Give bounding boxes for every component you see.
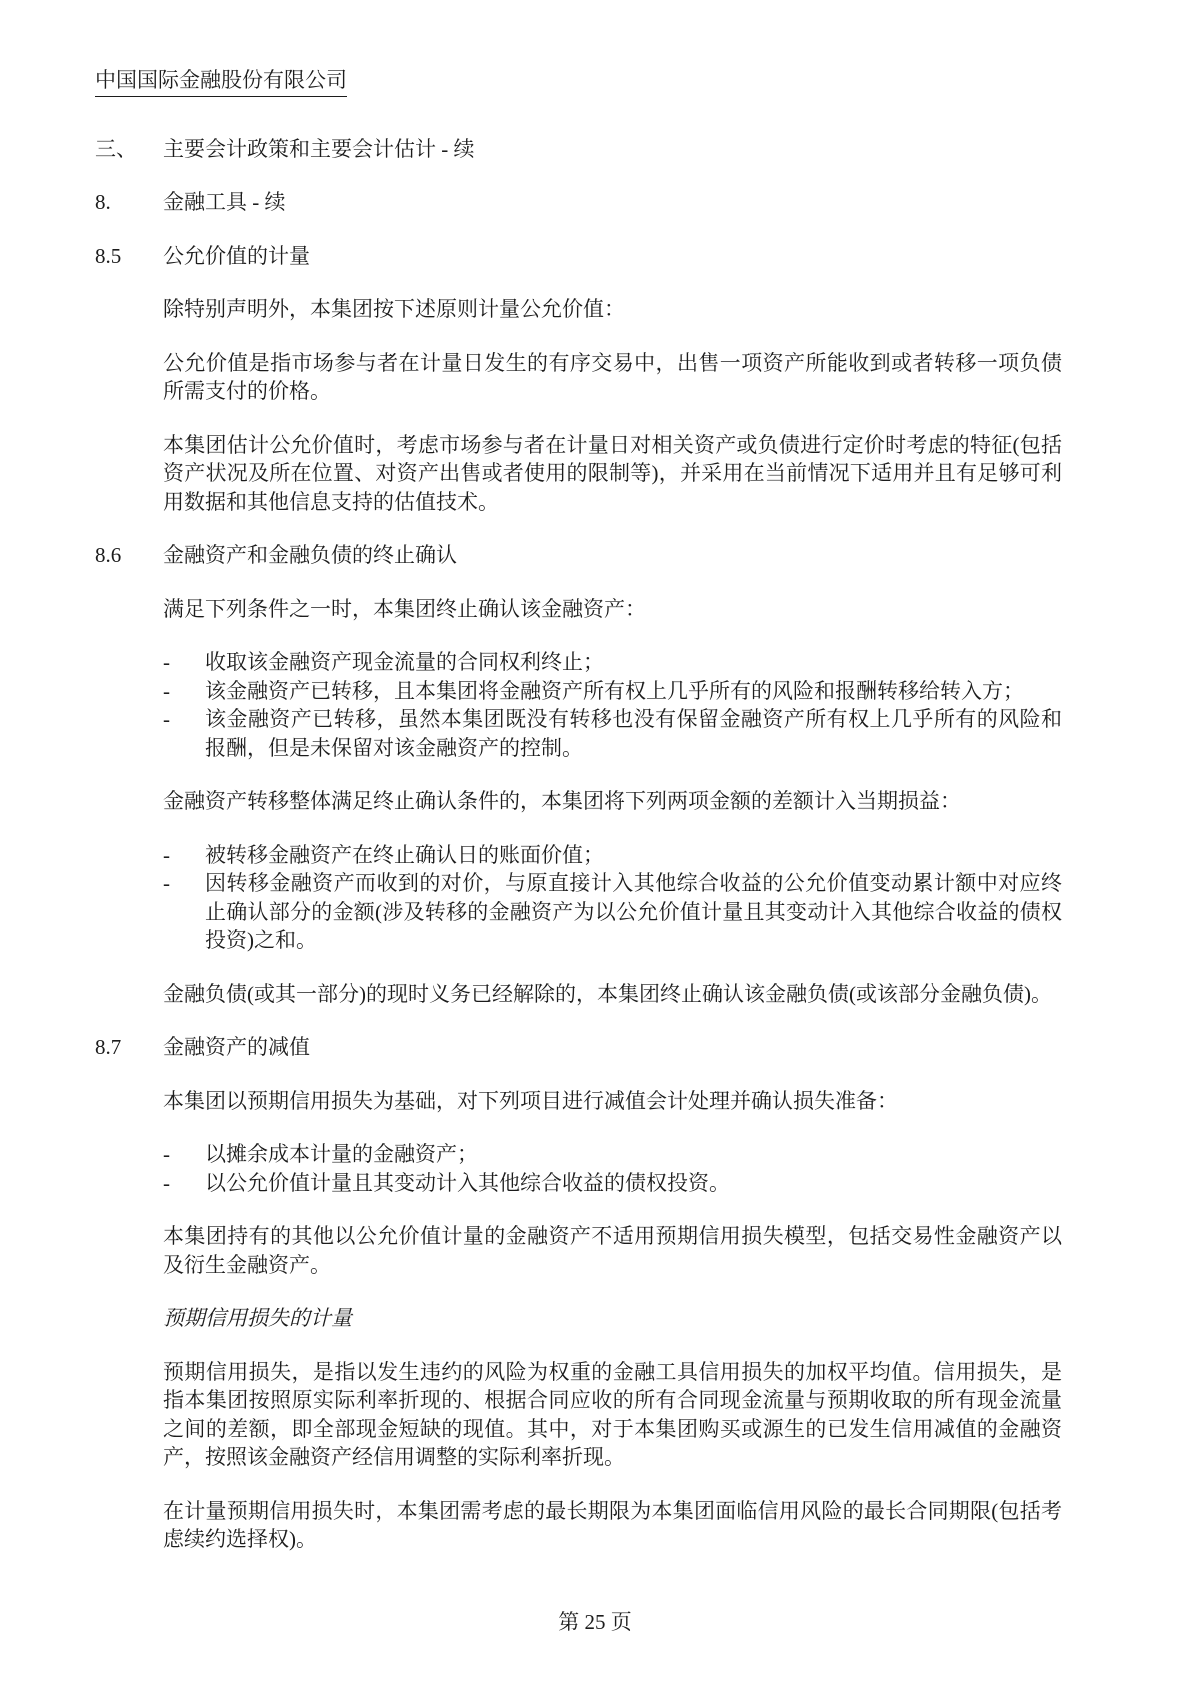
list-item: - 因转移金融资产而收到的对价，与原直接计入其他综合收益的公允价值变动累计额中对…: [163, 869, 1062, 955]
subsection-number: 8.6: [95, 541, 163, 570]
paragraph: 金融负债(或其一部分)的现时义务已经解除的，本集团终止确认该金融负债(或该部分金…: [163, 980, 1062, 1009]
bullet-marker: -: [163, 841, 205, 870]
page-number: 第 25 页: [0, 1608, 1190, 1637]
list-item-text: 被转移金融资产在终止确认日的账面价值；: [205, 841, 1062, 870]
list-item: - 收取该金融资产现金流量的合同权利终止；: [163, 648, 1062, 677]
list-item-text: 以公允价值计量且其变动计入其他综合收益的债权投资。: [205, 1169, 1062, 1198]
subsection-heading-8: 8. 金融工具 - 续: [95, 188, 1062, 217]
bullet-list: - 以摊余成本计量的金融资产； - 以公允价值计量且其变动计入其他综合收益的债权…: [163, 1140, 1062, 1197]
paragraph: 除特别声明外，本集团按下述原则计量公允价值：: [163, 295, 1062, 324]
subsection-number: 8.7: [95, 1033, 163, 1062]
subsection-number: 8.5: [95, 242, 163, 271]
company-name: 中国国际金融股份有限公司: [95, 66, 347, 97]
bullet-marker: -: [163, 869, 205, 898]
bullet-marker: -: [163, 1140, 205, 1169]
subsection-title: 公允价值的计量: [163, 242, 1062, 271]
section-number: 三、: [95, 135, 163, 164]
paragraph: 本集团以预期信用损失为基础，对下列项目进行减值会计处理并确认损失准备：: [163, 1087, 1062, 1116]
bullet-list: - 被转移金融资产在终止确认日的账面价值； - 因转移金融资产而收到的对价，与原…: [163, 841, 1062, 955]
list-item-text: 该金融资产已转移，且本集团将金融资产所有权上几乎所有的风险和报酬转移给转入方；: [205, 677, 1062, 706]
sub-heading-ecl-measurement: 预期信用损失的计量: [163, 1304, 1062, 1333]
bullet-marker: -: [163, 677, 205, 706]
subsection-number: 8.: [95, 188, 163, 217]
list-item: - 该金融资产已转移，虽然本集团既没有转移也没有保留金融资产所有权上几乎所有的风…: [163, 705, 1062, 762]
document-page: 中国国际金融股份有限公司 三、 主要会计政策和主要会计估计 - 续 8. 金融工…: [0, 0, 1190, 1684]
paragraph: 在计量预期信用损失时，本集团需考虑的最长期限为本集团面临信用风险的最长合同期限(…: [163, 1497, 1062, 1554]
bullet-list: - 收取该金融资产现金流量的合同权利终止； - 该金融资产已转移，且本集团将金融…: [163, 648, 1062, 762]
list-item: - 以摊余成本计量的金融资产；: [163, 1140, 1062, 1169]
bullet-marker: -: [163, 705, 205, 734]
subsection-title: 金融资产和金融负债的终止确认: [163, 541, 1062, 570]
company-header-line: 中国国际金融股份有限公司: [95, 66, 1062, 97]
bullet-marker: -: [163, 1169, 205, 1198]
subsection-title: 金融资产的减值: [163, 1033, 1062, 1062]
subsection-heading-8-7: 8.7 金融资产的减值: [95, 1033, 1062, 1062]
list-item: - 被转移金融资产在终止确认日的账面价值；: [163, 841, 1062, 870]
list-item-text: 因转移金融资产而收到的对价，与原直接计入其他综合收益的公允价值变动累计额中对应终…: [205, 869, 1062, 955]
section-heading-main: 三、 主要会计政策和主要会计估计 - 续: [95, 135, 1062, 164]
paragraph: 本集团估计公允价值时，考虑市场参与者在计量日对相关资产或负债进行定价时考虑的特征…: [163, 431, 1062, 517]
document-content: 中国国际金融股份有限公司 三、 主要会计政策和主要会计估计 - 续 8. 金融工…: [0, 0, 1190, 1554]
subsection-heading-8-5: 8.5 公允价值的计量: [95, 242, 1062, 271]
paragraph: 金融资产转移整体满足终止确认条件的，本集团将下列两项金额的差额计入当期损益：: [163, 787, 1062, 816]
bullet-marker: -: [163, 648, 205, 677]
subsection-title: 金融工具 - 续: [163, 188, 1062, 217]
paragraph: 本集团持有的其他以公允价值计量的金融资产不适用预期信用损失模型，包括交易性金融资…: [163, 1222, 1062, 1279]
list-item-text: 以摊余成本计量的金融资产；: [205, 1140, 1062, 1169]
paragraph: 满足下列条件之一时，本集团终止确认该金融资产：: [163, 595, 1062, 624]
paragraph: 预期信用损失，是指以发生违约的风险为权重的金融工具信用损失的加权平均值。信用损失…: [163, 1358, 1062, 1472]
list-item-text: 收取该金融资产现金流量的合同权利终止；: [205, 648, 1062, 677]
list-item: - 以公允价值计量且其变动计入其他综合收益的债权投资。: [163, 1169, 1062, 1198]
subsection-heading-8-6: 8.6 金融资产和金融负债的终止确认: [95, 541, 1062, 570]
section-title: 主要会计政策和主要会计估计 - 续: [163, 135, 1062, 164]
paragraph: 公允价值是指市场参与者在计量日发生的有序交易中，出售一项资产所能收到或者转移一项…: [163, 349, 1062, 406]
list-item-text: 该金融资产已转移，虽然本集团既没有转移也没有保留金融资产所有权上几乎所有的风险和…: [205, 705, 1062, 762]
list-item: - 该金融资产已转移，且本集团将金融资产所有权上几乎所有的风险和报酬转移给转入方…: [163, 677, 1062, 706]
